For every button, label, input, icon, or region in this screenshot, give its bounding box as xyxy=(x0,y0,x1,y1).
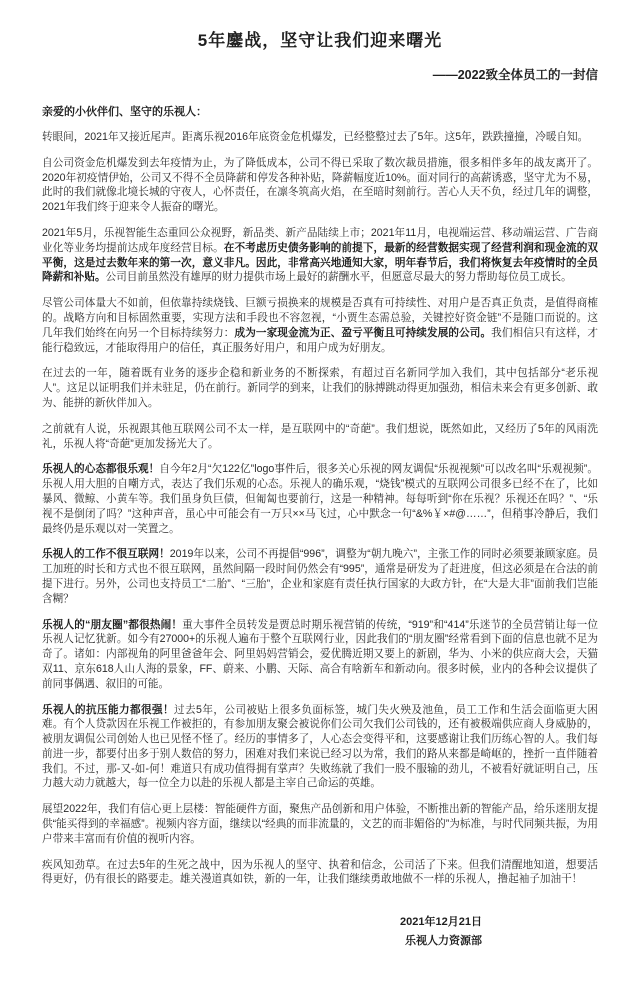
signature-block: 2021年12月21日 乐视人力资源部 xyxy=(42,913,598,951)
letter-signature: 乐视人力资源部 xyxy=(42,932,482,951)
text-run: 在过去的一年，随着既有业务的逐步企稳和新业务的不断探索，有超过百名新同学加入我们… xyxy=(42,367,598,409)
paragraph: 展望2022年，我们有信心更上层楼：智能硬件方面，聚焦产品创新和用户体验，不断推… xyxy=(42,802,598,846)
text-run: 过去5年，公司被贴上很多负面标签，城门失火殃及池鱼，员工工作和生活会面临更大困难… xyxy=(42,704,598,790)
text-run: 之前就有人说，乐视跟其他互联网公司不太一样，是互联网中的“奇葩”。我们想说，既然… xyxy=(42,423,598,450)
text-run: 展望2022年，我们有信心更上层楼：智能硬件方面，聚焦产品创新和用户体验，不断推… xyxy=(42,803,598,845)
letter-salutation: 亲爱的小伙伴们、坚守的乐视人： xyxy=(42,103,598,119)
bold-run: 乐视人的抗压能力都很强！ xyxy=(42,704,174,716)
paragraph: 在过去的一年，随着既有业务的逐步企稳和新业务的不断探索，有超过百名新同学加入我们… xyxy=(42,366,598,410)
bold-run: 乐视人的工作不很互联网！ xyxy=(42,548,170,560)
paragraph: 乐视人的抗压能力都很强！过去5年，公司被贴上很多负面标签，城门失火殃及池鱼，员工… xyxy=(42,703,598,792)
paragraph: 乐视人的“朋友圈”都很热闹！重大事件全员转发是贾总时期乐视营销的传统，“919”… xyxy=(42,618,598,692)
paragraph: 自公司资金危机爆发到去年疫情为止，为了降低成本，公司不得已采取了数次裁员措施，很… xyxy=(42,156,598,215)
text-run: 公司目前虽然没有雄厚的财力提供市场上最好的薪酬水平，但愿意尽最大的努力帮助每位员… xyxy=(106,271,572,283)
paragraph: 乐视人的工作不很互联网！2019年以来，公司不再提倡“996”，调整为“朝九晚六… xyxy=(42,547,598,606)
text-run: 自公司资金危机爆发到去年疫情为止，为了降低成本，公司不得已采取了数次裁员措施，很… xyxy=(42,157,598,213)
paragraph: 乐视人的心态都很乐观！自今年2月“欠122亿”logo事件后，很多关心乐视的网友… xyxy=(42,462,598,536)
paragraph: 转眼间，2021年又接近尾声。距离乐视2016年底资金危机爆发，已经整整过去了5… xyxy=(42,130,598,145)
text-run: 转眼间，2021年又接近尾声。距离乐视2016年底资金危机爆发，已经整整过去了5… xyxy=(42,131,588,143)
paragraph: 2021年5月，乐视智能生态重回公众视野，新品类、新产品陆续上市；2021年11… xyxy=(42,226,598,285)
letter-subtitle: ——2022致全体员工的一封信 xyxy=(42,65,598,83)
bold-run: 成为一家现金流为正、盈亏平衡且可持续发展的公司。 xyxy=(235,327,492,339)
letter-date: 2021年12月21日 xyxy=(42,913,482,932)
bold-run: 乐视人的心态都很乐观！ xyxy=(42,463,159,475)
letter-title: 5年鏖战，坚守让我们迎来曙光 xyxy=(42,26,598,51)
text-run: 疾风知劲草。在过去5年的生死之战中，因为乐视人的坚守、执着和信念，公司活了下来。… xyxy=(42,859,598,886)
letter-page: 5年鏖战，坚守让我们迎来曙光 ——2022致全体员工的一封信 亲爱的小伙伴们、坚… xyxy=(0,0,640,981)
paragraph: 之前就有人说，乐视跟其他互联网公司不太一样，是互联网中的“奇葩”。我们想说，既然… xyxy=(42,422,598,452)
letter-body: 转眼间，2021年又接近尾声。距离乐视2016年底资金危机爆发，已经整整过去了5… xyxy=(42,130,598,887)
paragraph: 尽管公司体量大不如前，但依靠持续烧钱、巨额亏损换来的规模是否真有可持续性、对用户… xyxy=(42,296,598,355)
paragraph: 疾风知劲草。在过去5年的生死之战中，因为乐视人的坚守、执着和信念，公司活了下来。… xyxy=(42,858,598,888)
bold-run: 乐视人的“朋友圈”都很热闹！ xyxy=(42,619,182,631)
